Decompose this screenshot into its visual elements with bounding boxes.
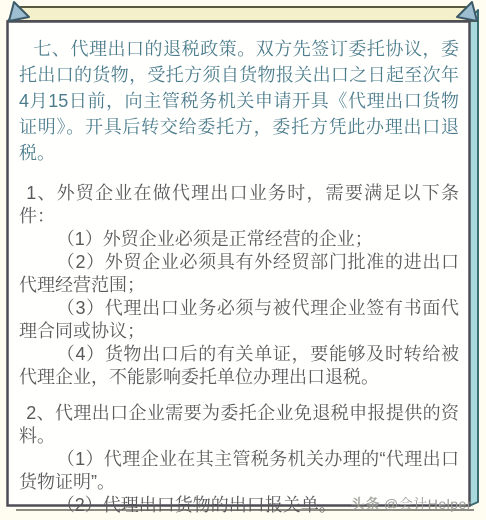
intro-paragraph: 七、代理出口的退税政策。双方先签订委托协议，委托出口的货物，受托方须自货物报关出… xyxy=(19,36,459,166)
body-paragraph: （2）外贸企业必须具有外经贸部门批准的进出口代理经营范围； xyxy=(19,251,459,297)
body-paragraph: 2、代理出口企业需要为委托企业免退税申报提供的资料。 xyxy=(19,402,459,448)
toutiao-logo: 头条 xyxy=(351,496,380,512)
card-content: 七、代理出口的退税政策。双方先签订委托协议，委托出口的货物，受托方须自货物报关出… xyxy=(19,36,459,517)
body-paragraph: 1、外贸企业在做代理出口业务时，需要满足以下条件： xyxy=(19,182,459,228)
body-paragraphs: 1、外贸企业在做代理出口业务时，需要满足以下条件：（1）外贸企业必须是正常经营的… xyxy=(19,182,459,517)
card-top-face xyxy=(8,7,477,21)
watermark-handle: @会计Helper xyxy=(384,496,472,512)
body-paragraph: （3）代理出口业务必须与被代理企业签有书面代理合同或协议； xyxy=(19,297,459,343)
body-paragraph: （1）代理企业在其主管税务机关办理的“代理出口货物证明”。 xyxy=(19,448,459,494)
body-paragraph: （4）货物出口后的有关单证，要能够及时转给被代理企业，不能影响委托单位办理出口退… xyxy=(19,343,459,389)
body-paragraph: （1）外贸企业必须是正常经营的企业； xyxy=(19,228,459,251)
watermark: 头条@会计Helper xyxy=(351,494,472,514)
article-image: 七、代理出口的退税政策。双方先签订委托协议，委托出口的货物，受托方须自货物报关出… xyxy=(0,0,486,520)
